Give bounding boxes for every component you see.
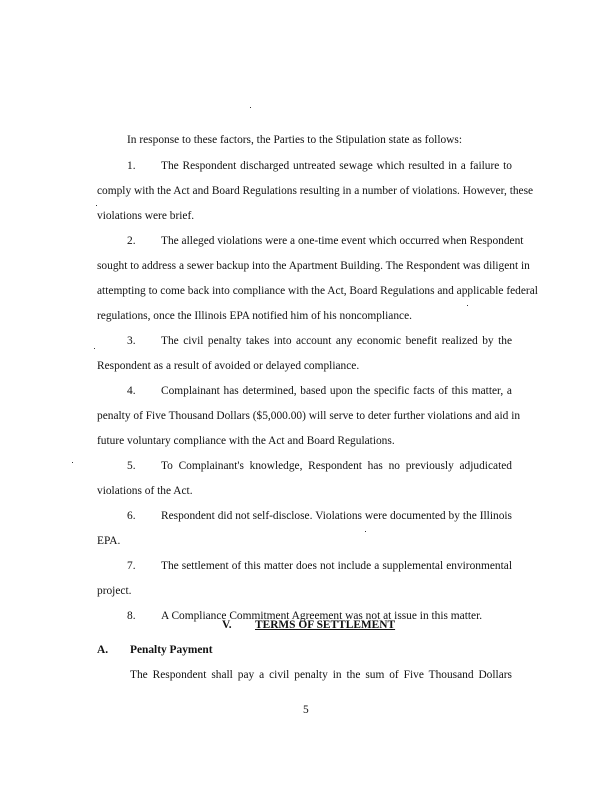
item-number: 3. <box>127 334 136 348</box>
scan-speck <box>72 462 73 463</box>
item-text-line: attempting to come back into compliance … <box>97 284 512 298</box>
item-text-line: Respondent did not self-disclose. Violat… <box>161 509 512 523</box>
section-title: TERMS OF SETTLEMENT <box>255 618 395 632</box>
item-number: 1. <box>127 159 136 173</box>
scan-speck <box>94 348 95 349</box>
subsection-letter: A. <box>97 643 108 657</box>
item-text-line: Complainant has determined, based upon t… <box>161 384 512 398</box>
item-text-line: project. <box>97 584 131 598</box>
item-text-line: comply with the Act and Board Regulation… <box>97 184 512 198</box>
page-number: 5 <box>303 703 309 717</box>
scan-speck <box>365 531 366 532</box>
item-text-line: violations of the Act. <box>97 484 193 498</box>
scan-speck <box>250 107 251 108</box>
item-text-line: The Respondent discharged untreated sewa… <box>161 159 512 173</box>
paragraph-line: The Respondent shall pay a civil penalty… <box>130 668 512 682</box>
item-text-line: Respondent as a result of avoided or del… <box>97 359 359 373</box>
scan-speck <box>96 205 97 206</box>
subsection-title: Penalty Payment <box>130 643 213 657</box>
item-number: 6. <box>127 509 136 523</box>
section-number: V. <box>222 618 232 632</box>
item-number: 2. <box>127 234 136 248</box>
item-number: 7. <box>127 559 136 573</box>
item-text-line: sought to address a sewer backup into th… <box>97 259 512 273</box>
item-number: 5. <box>127 459 136 473</box>
item-number: 8. <box>127 609 136 623</box>
document-page: In response to these factors, the Partie… <box>0 0 616 800</box>
item-text-line: violations were brief. <box>97 209 194 223</box>
item-text-line: regulations, once the Illinois EPA notif… <box>97 309 412 323</box>
intro-text: In response to these factors, the Partie… <box>127 133 462 147</box>
item-text-line: future voluntary compliance with the Act… <box>97 434 395 448</box>
item-number: 4. <box>127 384 136 398</box>
item-text-line: The civil penalty takes into account any… <box>161 334 512 348</box>
scan-speck <box>467 305 468 306</box>
item-text-line: To Complainant's knowledge, Respondent h… <box>161 459 512 473</box>
item-text-line: penalty of Five Thousand Dollars ($5,000… <box>97 409 512 423</box>
item-text-line: The settlement of this matter does not i… <box>161 559 512 573</box>
item-text-line: EPA. <box>97 534 120 548</box>
item-text-line: The alleged violations were a one-time e… <box>161 234 512 248</box>
